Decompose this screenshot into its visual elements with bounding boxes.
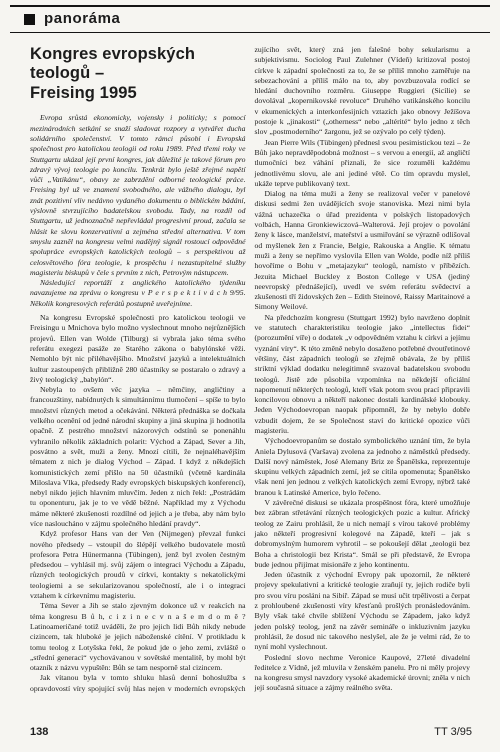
body-paragraph: Jean Pierre Wils (Tübingen) přednesl svo…: [255, 138, 471, 189]
body-paragraph: Jak vítanou byla v tomto shluku hlasů de…: [30, 673, 246, 693]
lead-paragraph: Evropa srůstá ekonomicky, vojensky i pol…: [30, 113, 246, 278]
lead-paragraph: Následující reportáží z anglického katol…: [30, 278, 246, 309]
magazine-page: panoráma Kongres evropských teologů –Fre…: [0, 0, 500, 752]
article-title: Kongres evropských teologů –Freising 199…: [30, 45, 246, 103]
section-header: panoráma: [10, 5, 490, 33]
article-title-line1: Kongres evropských teologů –: [30, 45, 195, 82]
section-label: panoráma: [44, 10, 121, 27]
body-paragraph: Na kongresu Evropské společnosti pro kat…: [30, 313, 246, 385]
body-paragraph: V závěrečné diskusi se ukázala prospěšno…: [255, 498, 471, 570]
issue-code: TT 3/95: [434, 726, 472, 738]
body-paragraph: Na předchozím kongresu (Stuttgart 1992) …: [255, 313, 471, 437]
article-title-line2: Freising 1995: [30, 84, 137, 102]
body-paragraph: Jeden účastník z východní Evropy pak upo…: [255, 570, 471, 652]
article-body: Kongres evropských teologů –Freising 199…: [0, 33, 500, 693]
body-paragraph: Východoevropanům se dostalo symbolického…: [255, 436, 471, 498]
body-paragraph: Nebyla to ovšem věc jazyka – němčiny, an…: [30, 385, 246, 529]
body-paragraph: Když profesor Hans van der Ven (Nijmegen…: [30, 529, 246, 601]
body-paragraph: Poslední slovo nechme Veronice Kaupové, …: [255, 653, 471, 693]
page-number: 138: [30, 726, 48, 738]
body-paragraph: Téma Sever a Jih se stalo zjevným dokonc…: [30, 601, 246, 673]
section-marker-icon: [24, 14, 35, 25]
body-paragraph: Dialog na téma muži a ženy se realizoval…: [255, 189, 471, 313]
body-paragraph: zujícího svět, který zná jen falešné boh…: [255, 45, 471, 138]
right-column: zujícího svět, který zná jen falešné boh…: [255, 45, 471, 693]
left-column: Kongres evropských teologů –Freising 199…: [30, 45, 246, 693]
